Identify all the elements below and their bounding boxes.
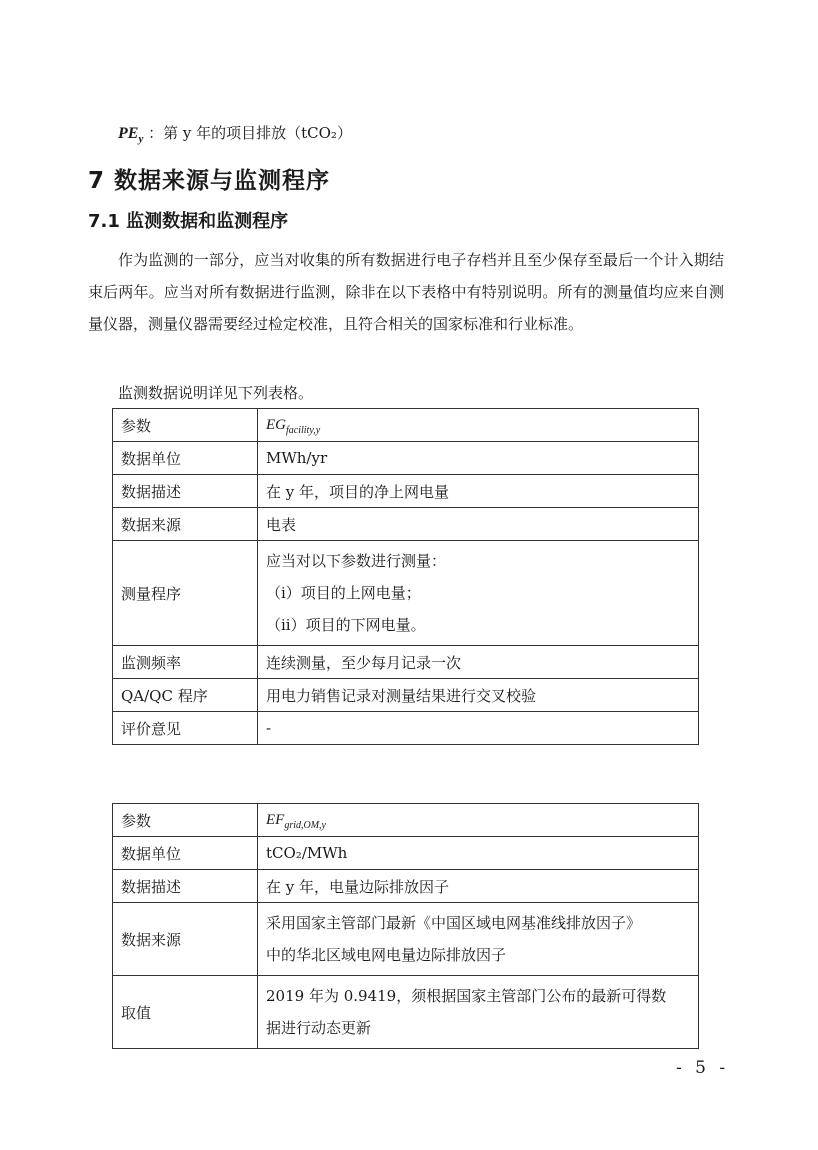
table-row: 数据来源 电表 [113, 508, 699, 541]
row-value: 采用国家主管部门最新《中国区域电网基准线排放因子》 中的华北区域电网电量边际排放… [258, 903, 699, 976]
table-caption: 监测数据说明详见下列表格。 [118, 382, 313, 403]
row-key: 取值 [113, 976, 258, 1049]
row-key: 参数 [113, 804, 258, 837]
pe-symbol: PEy [118, 125, 143, 142]
row-key: 参数 [113, 409, 258, 442]
row-value: 用电力销售记录对测量结果进行交叉校验 [258, 679, 699, 712]
page-number: - 5 - [676, 1058, 729, 1078]
row-value: tCO₂/MWh [258, 837, 699, 870]
row-value: 在 y 年，电量边际排放因子 [258, 870, 699, 903]
pe-definition-text: ：第 y 年的项目排放（tCO₂） [143, 124, 352, 142]
row-value: MWh/yr [258, 442, 699, 475]
row-key: 数据来源 [113, 508, 258, 541]
row-key: QA/QC 程序 [113, 679, 258, 712]
row-value: 2019 年为 0.9419，须根据国家主管部门公布的最新可得数 据进行动态更新 [258, 976, 699, 1049]
pe-definition-line: PEy ：第 y 年的项目排放（tCO₂） [118, 122, 352, 145]
value-line: （i）项目的上网电量； [266, 577, 690, 609]
table-row: 参数 EGfacility,y [113, 409, 699, 442]
table-row: 测量程序 应当对以下参数进行测量： （i）项目的上网电量； （ii）项目的下网电… [113, 541, 699, 646]
value-line: 据进行动态更新 [266, 1012, 690, 1044]
row-key: 评价意见 [113, 712, 258, 745]
body-paragraph: 作为监测的一部分，应当对收集的所有数据进行电子存档并且至少保存至最后一个计入期结… [88, 244, 724, 340]
row-value: EFgrid,OM,y [258, 804, 699, 837]
table-row: 数据描述 在 y 年，电量边际排放因子 [113, 870, 699, 903]
row-key: 数据来源 [113, 903, 258, 976]
row-value: 应当对以下参数进行测量： （i）项目的上网电量； （ii）项目的下网电量。 [258, 541, 699, 646]
value-line: 采用国家主管部门最新《中国区域电网基准线排放因子》 [266, 907, 690, 939]
row-key: 数据描述 [113, 870, 258, 903]
table-row: QA/QC 程序 用电力销售记录对测量结果进行交叉校验 [113, 679, 699, 712]
row-value: 电表 [258, 508, 699, 541]
monitoring-table-ef-grid: 参数 EFgrid,OM,y 数据单位 tCO₂/MWh 数据描述 在 y 年，… [112, 803, 699, 1049]
table-row: 监测频率 连续测量，至少每月记录一次 [113, 646, 699, 679]
row-value: - [258, 712, 699, 745]
table-row: 取值 2019 年为 0.9419，须根据国家主管部门公布的最新可得数 据进行动… [113, 976, 699, 1049]
row-value: EGfacility,y [258, 409, 699, 442]
table-row: 数据来源 采用国家主管部门最新《中国区域电网基准线排放因子》 中的华北区域电网电… [113, 903, 699, 976]
row-key: 数据描述 [113, 475, 258, 508]
table-row: 参数 EFgrid,OM,y [113, 804, 699, 837]
subsection-heading: 7.1 监测数据和监测程序 [88, 207, 288, 233]
row-key: 监测频率 [113, 646, 258, 679]
row-key: 测量程序 [113, 541, 258, 646]
monitoring-table-eg-facility: 参数 EGfacility,y 数据单位 MWh/yr 数据描述 在 y 年，项… [112, 408, 699, 745]
row-key: 数据单位 [113, 442, 258, 475]
value-line: 应当对以下参数进行测量： [266, 545, 690, 577]
value-line: 中的华北区域电网电量边际排放因子 [266, 939, 690, 971]
value-line: 2019 年为 0.9419，须根据国家主管部门公布的最新可得数 [266, 980, 690, 1012]
section-heading: 7 数据来源与监测程序 [88, 162, 330, 195]
table-row: 评价意见 - [113, 712, 699, 745]
table-row: 数据单位 MWh/yr [113, 442, 699, 475]
table-row: 数据单位 tCO₂/MWh [113, 837, 699, 870]
row-value: 在 y 年，项目的净上网电量 [258, 475, 699, 508]
row-key: 数据单位 [113, 837, 258, 870]
row-value: 连续测量，至少每月记录一次 [258, 646, 699, 679]
value-line: （ii）项目的下网电量。 [266, 609, 690, 641]
table-row: 数据描述 在 y 年，项目的净上网电量 [113, 475, 699, 508]
